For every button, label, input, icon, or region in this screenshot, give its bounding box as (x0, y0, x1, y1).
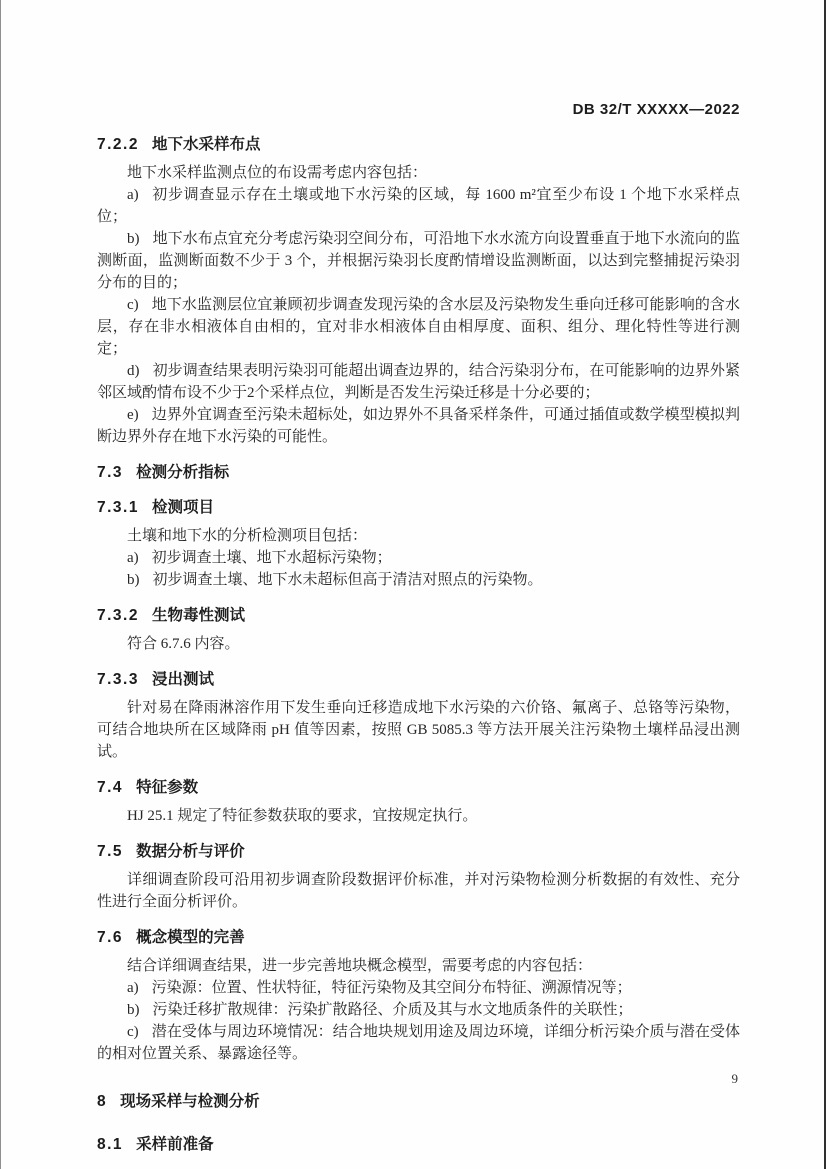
section-number: 7.3 (97, 464, 123, 481)
list-marker: b) (127, 572, 140, 588)
list-item: b)污染迁移扩散规律：污染扩散路径、介质及其与水文地质条件的关联性； (97, 999, 740, 1021)
section-heading-8: 8现场采样与检测分析 (97, 1091, 740, 1112)
section-heading-7.4: 7.4特征参数 (97, 777, 740, 798)
list-marker: b) (127, 231, 140, 247)
section-heading-7.3.2: 7.3.2生物毒性测试 (97, 605, 740, 626)
list-marker: a) (127, 550, 139, 566)
section-title: 数据分析与评价 (136, 843, 245, 860)
list-item: c)地下水监测层位宜兼顾初步调查发现污染的含水层及污染物发生垂向迁移可能影响的含… (97, 294, 740, 360)
list-item: a)初步调查显示存在土壤或地下水污染的区域，每 1600 m²宜至少布设 1 个… (97, 184, 740, 228)
paragraph: 结合详细调查结果，进一步完善地块概念模型，需要考虑的内容包括： (97, 955, 740, 977)
paragraph: 土壤和地下水的分析检测项目包括： (97, 525, 740, 547)
list-item: c)潜在受体与周边环境情况：结合地块规划用途及周边环境，详细分析污染介质与潜在受… (97, 1021, 740, 1065)
section-heading-7.6: 7.6概念模型的完善 (97, 927, 740, 948)
section-heading-8.1: 8.1采样前准备 (97, 1134, 740, 1155)
section-number: 7.6 (97, 929, 123, 946)
section-number: 7.3.1 (97, 499, 139, 516)
list-item: d)初步调查结果表明污染羽可能超出调查边界的，结合污染羽分布，在可能影响的边界外… (97, 360, 740, 404)
section-heading-7.3.3: 7.3.3浸出测试 (97, 669, 740, 690)
section-heading-7.5: 7.5数据分析与评价 (97, 841, 740, 862)
section-title: 特征参数 (136, 779, 198, 796)
list-item: a)污染源：位置、性状特征，特征污染物及其空间分布特征、溯源情况等； (97, 977, 740, 999)
standard-number: DB 32/T XXXXX—2022 (573, 101, 740, 118)
paragraph: 详细调查阶段可沿用初步调查阶段数据评价标准，并对污染物检测分析数据的有效性、充分… (97, 869, 740, 913)
page-number: 9 (732, 1071, 739, 1087)
paragraph: HJ 25.1 规定了特征参数获取的要求，宜按规定执行。 (97, 805, 740, 827)
document-header: DB 32/T XXXXX—2022 (97, 100, 740, 120)
list-marker: a) (127, 187, 139, 203)
section-number: 8.1 (97, 1136, 123, 1153)
section-number: 7.5 (97, 843, 123, 860)
section-title: 概念模型的完善 (136, 929, 245, 946)
section-title: 现场采样与检测分析 (120, 1093, 260, 1110)
paragraph: 地下水采样监测点位的布设需考虑内容包括： (97, 162, 740, 184)
section-number: 7.4 (97, 779, 123, 796)
list-marker: d) (127, 363, 140, 379)
section-heading-7.3: 7.3检测分析指标 (97, 462, 740, 483)
list-item: b)初步调查土壤、地下水未超标但高于清洁对照点的污染物。 (97, 569, 740, 591)
section-title: 地下水采样布点 (152, 136, 261, 153)
paragraph: 符合 6.7.6 内容。 (97, 633, 740, 655)
section-number: 8 (97, 1093, 107, 1110)
document-content-area: DB 32/T XXXXX—2022 7.2.2地下水采样布点地下水采样监测点位… (97, 100, 740, 1162)
page-edge-left (0, 0, 1, 1169)
document-page: DB 32/T XXXXX—2022 7.2.2地下水采样布点地下水采样监测点位… (0, 0, 826, 1169)
section-title: 采样前准备 (136, 1136, 214, 1153)
section-heading-7.2.2: 7.2.2地下水采样布点 (97, 134, 740, 155)
section-number: 7.3.2 (97, 607, 139, 624)
section-heading-7.3.1: 7.3.1检测项目 (97, 497, 740, 518)
section-number: 7.2.2 (97, 136, 139, 153)
section-title: 检测分析指标 (136, 464, 229, 481)
list-item: e)边界外宜调查至污染未超标处，如边界外不具备采样条件，可通过插值或数学模型模拟… (97, 404, 740, 448)
list-item: b)地下水布点宜充分考虑污染羽空间分布，可沿地下水水流方向设置垂直于地下水流向的… (97, 228, 740, 294)
section-number: 7.3.3 (97, 671, 139, 688)
list-marker: c) (127, 297, 139, 313)
section-title: 浸出测试 (152, 671, 214, 688)
section-title: 生物毒性测试 (152, 607, 245, 624)
list-marker: e) (127, 407, 139, 423)
section-title: 检测项目 (152, 499, 214, 516)
list-marker: c) (127, 1024, 139, 1040)
list-marker: a) (127, 980, 139, 996)
paragraph: 针对易在降雨淋溶作用下发生垂向迁移造成地下水污染的六价铬、氟离子、总铬等污染物，… (97, 697, 740, 763)
list-marker: b) (127, 1002, 140, 1018)
document-content: 7.2.2地下水采样布点地下水采样监测点位的布设需考虑内容包括：a)初步调查显示… (97, 134, 740, 1155)
list-item: a)初步调查土壤、地下水超标污染物； (97, 547, 740, 569)
